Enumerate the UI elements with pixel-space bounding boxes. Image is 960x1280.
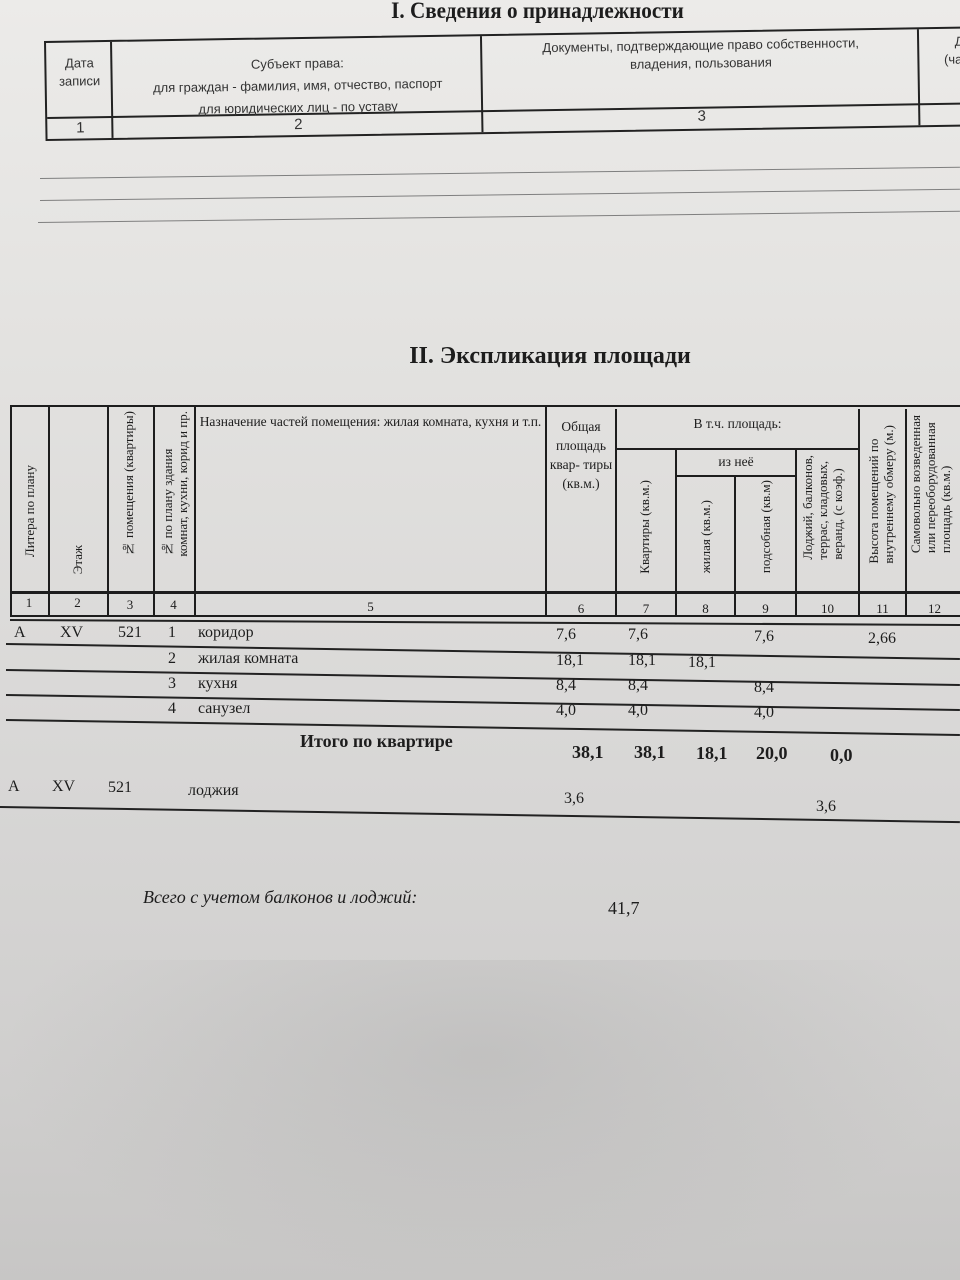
- totals-total: 38,1: [572, 742, 604, 763]
- header-of-which: из неё: [677, 453, 795, 471]
- row-3-aux: 8,4: [754, 679, 774, 697]
- row-1-litera: А: [14, 624, 26, 642]
- totals-label: Итого по квартире: [300, 731, 453, 752]
- row-divider: [6, 669, 960, 686]
- blank-line-3: [38, 211, 960, 223]
- header-plan-number: № по плану здания комнат, кухни, корид и…: [160, 411, 192, 557]
- row-1-apt-area: 7,6: [628, 626, 648, 644]
- grand-total-label: Всего с учетом балконов и лоджий:: [143, 887, 417, 908]
- header-litera: Литера по плану: [22, 465, 37, 557]
- row-2-living: 18,1: [688, 654, 716, 672]
- row-1-aux: 7,6: [754, 628, 774, 646]
- row-2-total: 18,1: [556, 652, 584, 670]
- header-floor: Этаж: [70, 545, 85, 574]
- totals-aux: 20,0: [756, 743, 788, 764]
- row-4-total: 4,0: [556, 702, 576, 720]
- row-3-apt-area: 8,4: [628, 677, 648, 695]
- loggia-total: 3,6: [564, 790, 584, 808]
- header-apt-number: № помещения (квартиры): [121, 411, 136, 556]
- row-divider: [6, 719, 960, 736]
- row-1-no: 1: [168, 624, 176, 642]
- header-total-area: Общая площадь квар- тиры (кв.м.): [547, 417, 615, 493]
- row-4-name: санузел: [198, 700, 250, 718]
- header-incl-area: В т.ч. площадь:: [617, 415, 858, 433]
- header-unauthorized: Самовольно возведенная или переоборудова…: [908, 415, 953, 553]
- row-3-no: 3: [168, 675, 176, 693]
- grand-total-value: 41,7: [608, 898, 640, 919]
- blank-line-2: [40, 189, 960, 201]
- row-2-name: жилая комната: [198, 650, 298, 668]
- col-number-1: 1: [47, 119, 113, 138]
- loggia-name: лоджия: [188, 782, 239, 800]
- ownership-table: Дата записи Субъект права: для граждан -…: [44, 26, 960, 141]
- header-loggia: Лоджий, балконов, террас, кладовых, вера…: [800, 455, 845, 560]
- row-4-apt-area: 4,0: [628, 702, 648, 720]
- section1-title: I. Сведения о принадлежности: [43, 0, 960, 24]
- col-documents-header: Документы, подтверждающие право собствен…: [482, 33, 920, 76]
- row-3-total: 8,4: [556, 677, 576, 695]
- header-aux-area: подсобная (кв.м): [758, 480, 773, 573]
- loggia-floor: XV: [52, 778, 75, 796]
- row-1-total: 7,6: [556, 626, 576, 644]
- loggia-apt: 521: [108, 779, 132, 797]
- loggia-litera: А: [8, 778, 20, 796]
- row-1-height: 2,66: [868, 630, 896, 648]
- row-1-apt: 521: [118, 624, 142, 642]
- col-share-header: Д (част: [919, 32, 960, 69]
- header-living-area: жилая (кв.м.): [698, 500, 713, 573]
- row-divider: [6, 694, 960, 711]
- row-2-no: 2: [168, 650, 176, 668]
- row-2-apt-area: 18,1: [628, 652, 656, 670]
- row-1-name: коридор: [198, 624, 254, 642]
- totals-apt-area: 38,1: [634, 742, 666, 763]
- row-3-name: кухня: [198, 675, 237, 693]
- totals-living: 18,1: [696, 743, 728, 764]
- col-date-header: Дата записи: [46, 54, 113, 91]
- row-4-aux: 4,0: [754, 704, 774, 722]
- row-4-no: 4: [168, 700, 176, 718]
- loggia-area: 3,6: [816, 798, 836, 816]
- section2-title: II. Экспликация площади: [0, 343, 960, 370]
- header-height: Высота помещений по внутреннему обмеру (…: [866, 425, 896, 564]
- blank-line-1: [40, 167, 960, 179]
- row-1-floor: XV: [60, 624, 83, 642]
- row-divider: [6, 643, 960, 660]
- header-apt-area: Квартиры (кв.м.): [637, 480, 652, 574]
- col-subject-header: Субъект права: для граждан - фамилия, им…: [112, 50, 483, 122]
- area-explication-table-header: Литера по плану Этаж № помещения (кварти…: [10, 405, 960, 617]
- header-purpose: Назначение частей помещения: жилая комна…: [196, 413, 545, 431]
- totals-loggia: 0,0: [830, 745, 853, 766]
